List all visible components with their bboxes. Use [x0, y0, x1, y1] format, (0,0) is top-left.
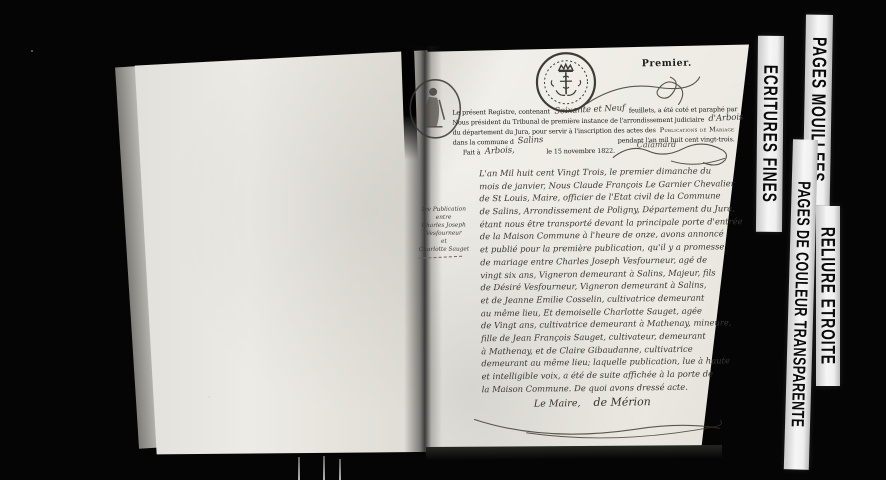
film-label-reliure-etroite: RELIURE ETROITE: [816, 206, 840, 386]
dust-speck: [31, 50, 33, 52]
film-label-pages-de-couleur-transparente: PAGES DE COULEUR TRANSPARENTE: [784, 139, 818, 470]
folio-number: Premier.: [642, 58, 692, 70]
register-date: le 15 novembre 1822.: [546, 146, 615, 157]
microfilm-scan-frame: Premier. Le présent Registre, contenant …: [0, 0, 886, 480]
dust-speck: [208, 396, 210, 398]
margin-note-underline: [418, 256, 462, 259]
fait-label: Fait à: [463, 147, 481, 157]
film-scratch: [298, 457, 300, 480]
mayor-signature-flourish: [466, 402, 728, 441]
margin-note-line: Charlotte Sauget: [414, 245, 474, 254]
film-label-text: ECRITURES FINES: [758, 65, 782, 203]
film-scratch: [339, 459, 341, 480]
feuillets-count-handwritten: Soixante et Neuf: [554, 103, 625, 116]
act-line: la Maison Commune. De quoi avons dressé …: [482, 380, 750, 396]
film-label-text: PAGES DE COULEUR TRANSPARENTE: [788, 181, 814, 428]
margin-note: 1re Publication entre Charles Joseph Ves…: [413, 205, 474, 258]
act-page-content: Premier. Le présent Registre, contenant …: [422, 42, 751, 454]
arrondissement-handwritten: d'Arbois: [708, 112, 743, 124]
film-scratch: [323, 456, 325, 480]
film-label-text: RELIURE ETROITE: [817, 227, 839, 365]
commune-handwritten: Salins: [518, 135, 544, 146]
left-blank-page: [133, 46, 429, 456]
handwritten-act-body: L'an Mil huit cent Vingt Trois, le premi…: [479, 164, 750, 396]
film-label-ecritures-fines: ECRITURES FINES: [756, 36, 784, 232]
fait-place-handwritten: Arbois,: [484, 145, 514, 156]
